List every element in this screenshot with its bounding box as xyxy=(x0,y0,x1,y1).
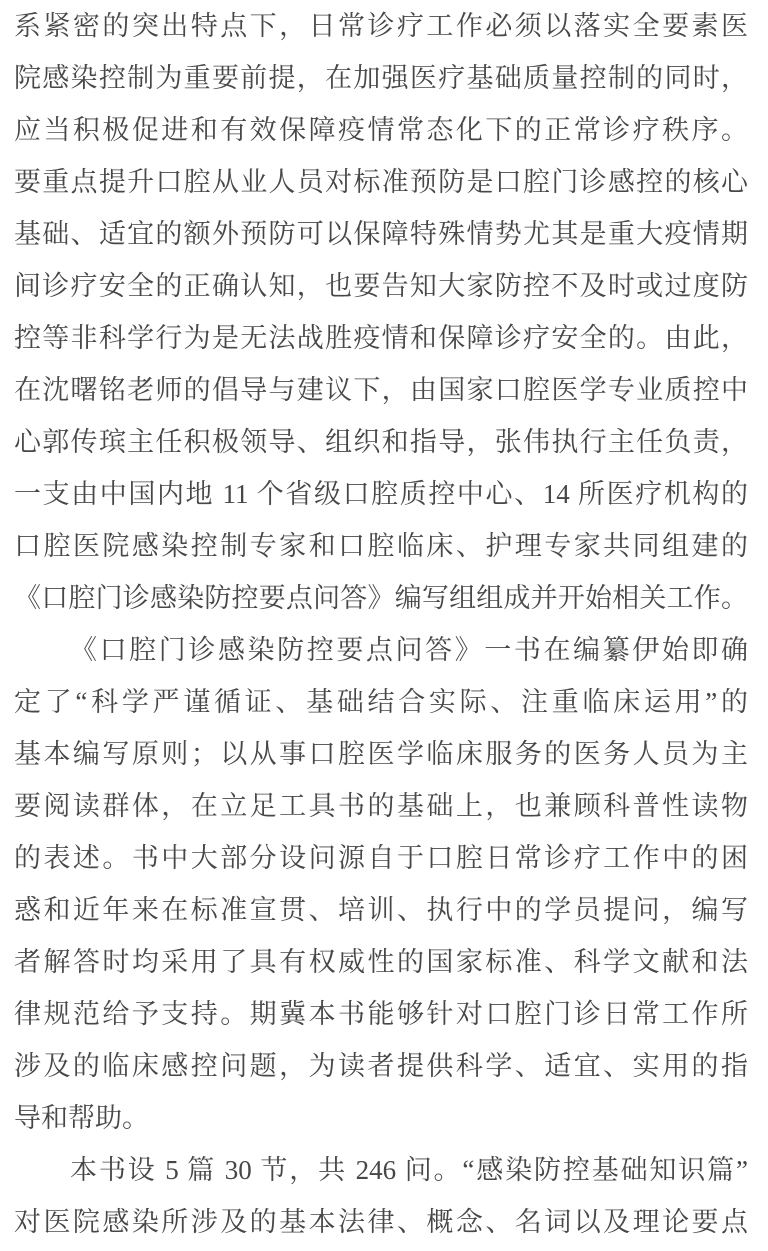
text-line: 院感染控制为重要前提，在加强医疗基础质量控制的同时， xyxy=(14,52,748,104)
text-line: 要阅读群体，在立足工具书的基础上，也兼顾科普性读物 xyxy=(14,780,748,832)
text-line: 基本编写原则；以从事口腔医学临床服务的医务人员为主 xyxy=(14,728,748,780)
text-line: 基础、适宜的额外预防可以保障特殊情势尤其是重大疫情期 xyxy=(14,208,748,260)
document-page: 系紧密的突出特点下，日常诊疗工作必须以落实全要素医院感染控制为重要前提，在加强医… xyxy=(0,0,768,1251)
text-line: 的表述。书中大部分设问源自于口腔日常诊疗工作中的困 xyxy=(14,832,748,884)
text-line: 者解答时均采用了具有权威性的国家标准、科学文献和法 xyxy=(14,936,748,988)
text-line: 应当积极促进和有效保障疫情常态化下的正常诊疗秩序。 xyxy=(14,104,748,156)
text-line: 控等非科学行为是无法战胜疫情和保障诊疗安全的。由此， xyxy=(14,312,748,364)
text-line: 要重点提升口腔从业人员对标准预防是口腔门诊感控的核心 xyxy=(14,156,748,208)
text-line: 在沈曙铭老师的倡导与建议下，由国家口腔医学专业质控中 xyxy=(14,364,748,416)
text-line: 涉及的临床感控问题，为读者提供科学、适宜、实用的指 xyxy=(14,1040,748,1092)
text-line: 定了“科学严谨循证、基础结合实际、注重临床运用”的 xyxy=(14,676,748,728)
text-line: 口腔医院感染控制专家和口腔临床、护理专家共同组建的 xyxy=(14,520,748,572)
text-line: 导和帮助。 xyxy=(14,1092,748,1144)
text-line: 心郭传瑸主任积极领导、组织和指导，张伟执行主任负责， xyxy=(14,416,748,468)
text-line: 《口腔门诊感染防控要点问答》编写组组成并开始相关工作。 xyxy=(14,572,748,624)
text-line: 一支由中国内地 11 个省级口腔质控中心、14 所医疗机构的 xyxy=(14,468,748,520)
text-line: 间诊疗安全的正确认知，也要告知大家防控不及时或过度防 xyxy=(14,260,748,312)
text-line: 本书设 5 篇 30 节，共 246 问。“感染防控基础知识篇” xyxy=(14,1144,748,1196)
text-line: 系紧密的突出特点下，日常诊疗工作必须以落实全要素医 xyxy=(14,0,748,52)
text-line: 惑和近年来在标准宣贯、培训、执行中的学员提问，编写 xyxy=(14,884,748,936)
text-line: 对医院感染所涉及的基本法律、概念、名词以及理论要点 xyxy=(14,1196,748,1248)
paragraph: 本书设 5 篇 30 节，共 246 问。“感染防控基础知识篇”对医院感染所涉及… xyxy=(14,1144,748,1248)
text-line: 律规范给予支持。期冀本书能够针对口腔门诊日常工作所 xyxy=(14,988,748,1040)
text-line: 《口腔门诊感染防控要点问答》一书在编纂伊始即确 xyxy=(14,624,748,676)
paragraph: 《口腔门诊感染防控要点问答》一书在编纂伊始即确定了“科学严谨循证、基础结合实际、… xyxy=(14,624,748,1144)
document-body: 系紧密的突出特点下，日常诊疗工作必须以落实全要素医院感染控制为重要前提，在加强医… xyxy=(14,0,748,1248)
paragraph: 系紧密的突出特点下，日常诊疗工作必须以落实全要素医院感染控制为重要前提，在加强医… xyxy=(14,0,748,624)
